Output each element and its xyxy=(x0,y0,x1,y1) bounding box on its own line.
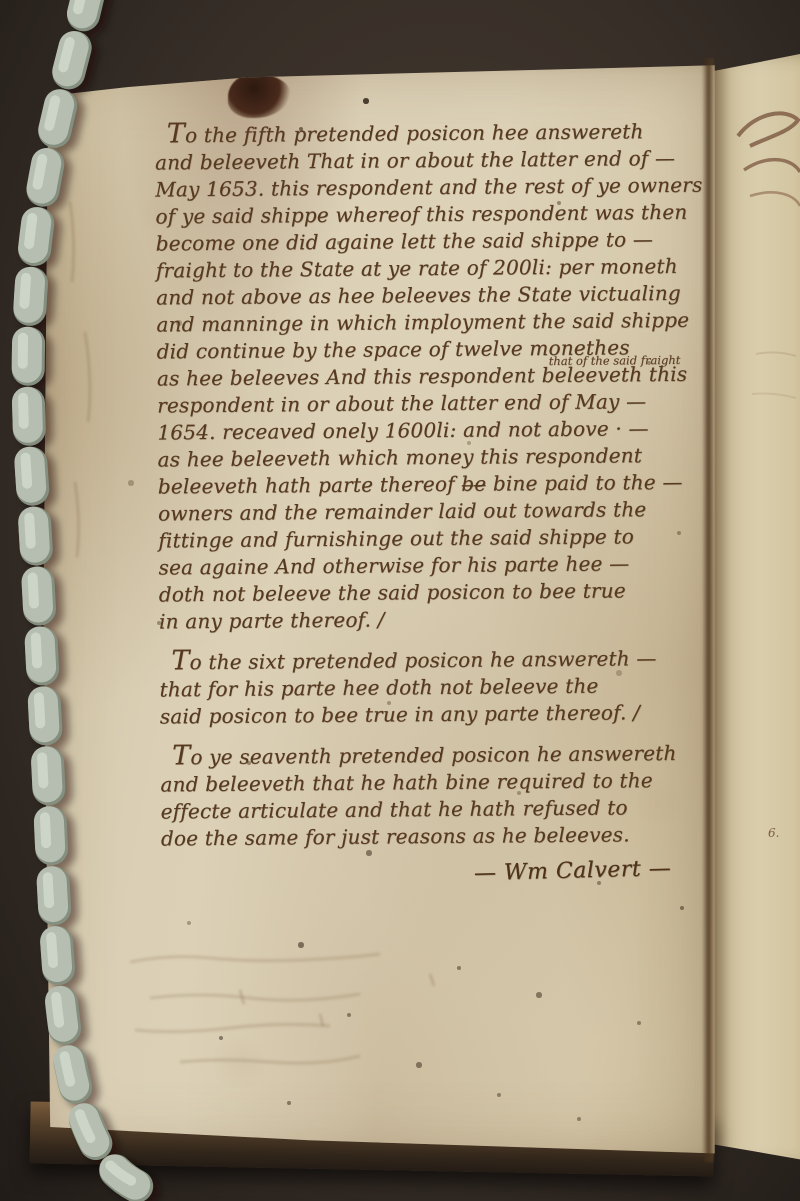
text-line: said posicon to bee true in any parte th… xyxy=(160,699,722,731)
text-line: and manninge in which imployment the sai… xyxy=(156,307,718,339)
foxing-specks xyxy=(38,62,40,64)
photo-backdrop: 6. To the fifth pretended posicon hee an… xyxy=(0,0,800,1201)
interlinear-insertion: that of the said fraight xyxy=(549,353,681,368)
facing-page-flourish xyxy=(710,54,800,1166)
text-line: owners and the remainder laid out toward… xyxy=(158,496,720,528)
text-line: and beleeveth that he hath bine required… xyxy=(160,767,722,799)
paragraph-answer-to-fifth-position: To the fifth pretended posicon hee answe… xyxy=(155,116,721,636)
signature: — Wm Calvert — xyxy=(161,855,723,895)
gutter-crease xyxy=(702,58,714,1162)
facing-page-folio-mark: 6. xyxy=(768,826,779,840)
manuscript-text: To the fifth pretended posicon hee answe… xyxy=(155,116,724,890)
ink-stain xyxy=(228,74,290,118)
paragraph-answer-to-seventh-position: To ye seaventh pretended posicon he answ… xyxy=(160,738,723,853)
manuscript-page: To the fifth pretended posicon hee answe… xyxy=(38,62,716,1160)
paragraph-answer-to-sixth-position: To the sixt pretended posicon he answere… xyxy=(159,643,722,731)
text-line: doe the same for just reasons as he bele… xyxy=(161,821,723,853)
text-line: To the sixt pretended posicon he answere… xyxy=(159,643,721,677)
text-line: in any parte thereof. / xyxy=(159,604,721,636)
facing-page: 6. xyxy=(710,54,800,1166)
